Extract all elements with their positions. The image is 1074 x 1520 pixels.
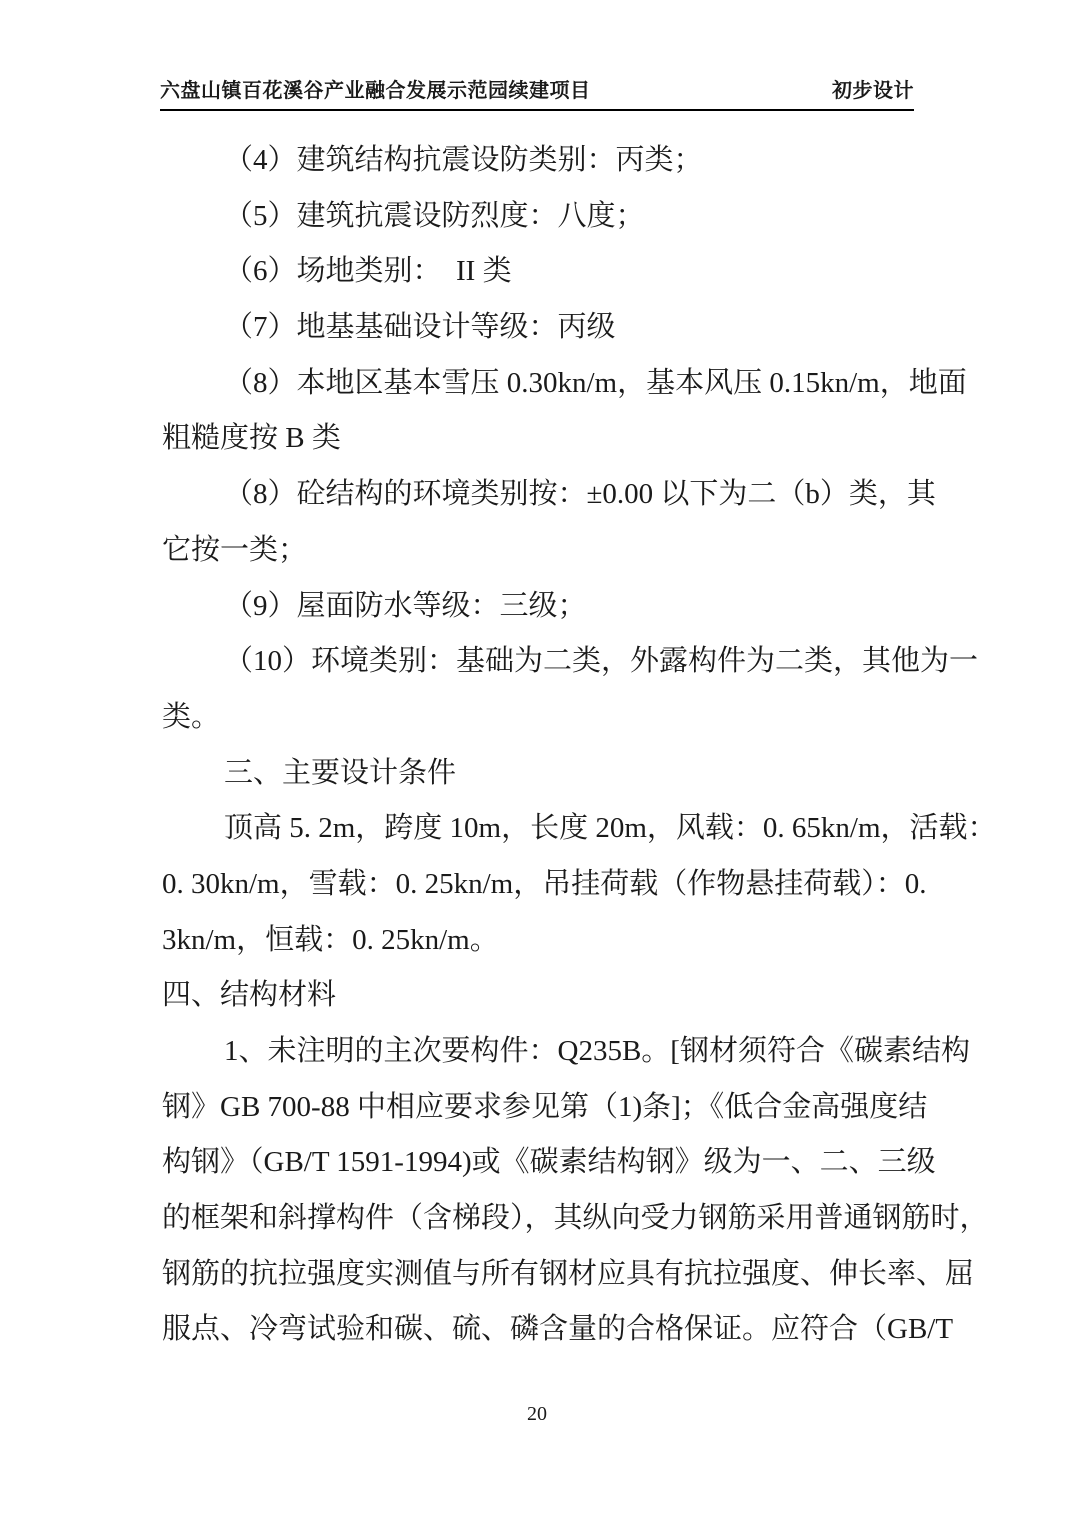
page-footer: 20 [0, 1403, 1074, 1426]
body-line: （5）建筑抗震设防烈度：八度； [162, 189, 914, 245]
body-line: （8）本地区基本雪压 0.30kn/m，基本风压 0.15kn/m，地面 [162, 356, 914, 412]
body-line: （6）场地类别： II 类 [162, 244, 914, 300]
body-section-heading: 四、结构材料 [162, 968, 914, 1024]
body-line: （9）屋面防水等级：三级； [162, 579, 914, 635]
body-line: 3kn/m，恒载：0. 25kn/m。 [162, 913, 914, 969]
body-line: 顶高 5. 2m，跨度 10m，长度 20m，风载：0. 65kn/m，活载： [162, 801, 914, 857]
body-line: 构钢》（GB/T 1591-1994)或《碳素结构钢》级为一、二、三级 [162, 1135, 914, 1191]
body-line: 类。 [162, 690, 914, 746]
header-project-title: 六盘山镇百花溪谷产业融合发展示范园续建项目 [160, 74, 591, 103]
document-body: （4）建筑结构抗震设防类别：丙类； （5）建筑抗震设防烈度：八度； （6）场地类… [162, 133, 914, 1358]
body-section-heading: 三、主要设计条件 [162, 746, 914, 802]
document-page: 六盘山镇百花溪谷产业融合发展示范园续建项目 初步设计 （4）建筑结构抗震设防类别… [0, 0, 1074, 1520]
body-line: （7）地基基础设计等级：丙级 [162, 300, 914, 356]
body-line: 钢筋的抗拉强度实测值与所有钢材应具有抗拉强度、伸长率、屈 [162, 1247, 914, 1303]
header-doc-type: 初步设计 [832, 74, 914, 103]
body-line: 的框架和斜撑构件（含梯段），其纵向受力钢筋采用普通钢筋时， [162, 1191, 914, 1247]
body-line: 钢》GB 700-88 中相应要求参见第（1)条]；《低合金高强度结 [162, 1080, 914, 1136]
body-line: 1、未注明的主次要构件：Q235B。[钢材须符合《碳素结构 [162, 1024, 914, 1080]
body-line: 粗糙度按 B 类 [162, 411, 914, 467]
page-number: 20 [527, 1403, 547, 1425]
body-line: 0. 30kn/m，雪载：0. 25kn/m，吊挂荷载（作物悬挂荷载）：0. [162, 857, 914, 913]
body-line: （4）建筑结构抗震设防类别：丙类； [162, 133, 914, 189]
body-line: （10）环境类别：基础为二类，外露构件为二类，其他为一 [162, 634, 914, 690]
page-header: 六盘山镇百花溪谷产业融合发展示范园续建项目 初步设计 [160, 74, 914, 111]
body-line: （8）砼结构的环境类别按：±0.00 以下为二（b）类，其 [162, 467, 914, 523]
body-line: 它按一类； [162, 523, 914, 579]
body-line: 服点、冷弯试验和碳、硫、磷含量的合格保证。应符合（GB/T [162, 1302, 914, 1358]
